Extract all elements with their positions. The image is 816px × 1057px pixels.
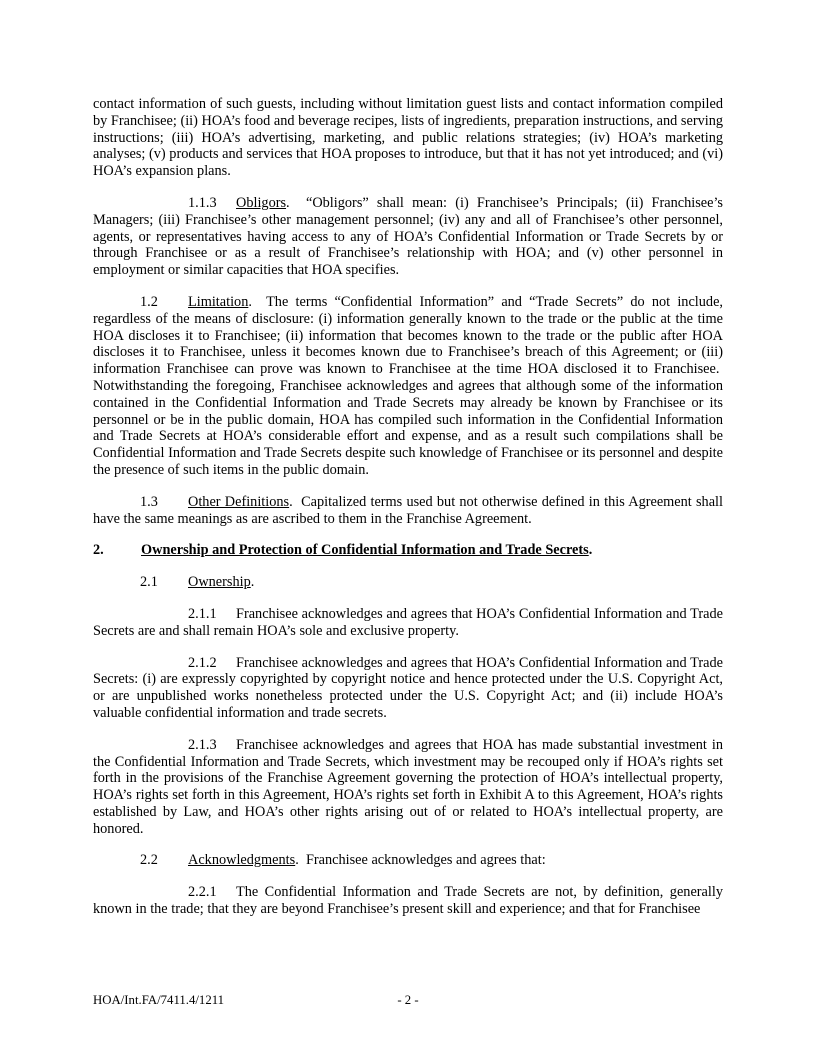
section-term: Acknowledgments [188,852,295,868]
section-number: 1.1.3 [188,195,236,212]
section-number: 2.1.1 [188,606,236,623]
section-2-1-3: 2.1.3Franchisee acknowledges and agrees … [93,737,723,838]
section-number: 2.1.2 [188,655,236,672]
footer-page-number: - 2 - [397,993,418,1007]
section-number: 1.3 [140,494,188,511]
section-2-1-1: 2.1.1Franchisee acknowledges and agrees … [93,606,723,640]
section-text: . Franchisee acknowledges and agrees tha… [295,852,546,868]
section-term: Ownership [188,574,251,590]
section-text: . The terms “Confidential Information” a… [93,294,723,478]
paragraph-intro-continuation: contact information of such guests, incl… [93,96,723,180]
heading-title: Ownership and Protection of Confidential… [141,542,589,558]
footer-doc-ref: HOA/Int.FA/7411.4/1211 [93,992,224,1008]
section-2-1-2: 2.1.2Franchisee acknowledges and agrees … [93,655,723,722]
section-number: 2. [93,542,141,559]
section-term: Limitation [188,294,248,310]
section-1-2: 1.2Limitation. The terms “Confidential I… [93,294,723,479]
section-number: 2.1.3 [188,737,236,754]
section-number: 2.2.1 [188,884,236,901]
section-1-1-3: 1.1.3Obligors. “Obligors” shall mean: (i… [93,195,723,279]
section-1-3: 1.3Other Definitions. Capitalized terms … [93,494,723,528]
section-number: 1.2 [140,294,188,311]
section-2-heading: 2.Ownership and Protection of Confidenti… [93,542,723,559]
document-body: contact information of such guests, incl… [93,96,723,918]
section-2-2-1: 2.2.1The Confidential Information and Tr… [93,884,723,918]
section-term: Other Definitions [188,494,289,510]
section-number: 2.1 [140,574,188,591]
paragraph-text: contact information of such guests, incl… [93,96,723,179]
section-text: . [251,574,255,590]
section-term: Obligors [236,195,286,211]
document-page: contact information of such guests, incl… [0,0,816,1057]
section-2-1: 2.1Ownership. [93,574,723,591]
heading-period: . [589,542,593,558]
section-2-2: 2.2Acknowledgments. Franchisee acknowled… [93,852,723,869]
section-number: 2.2 [140,852,188,869]
page-footer: HOA/Int.FA/7411.4/1211 - 2 - [93,992,723,1008]
